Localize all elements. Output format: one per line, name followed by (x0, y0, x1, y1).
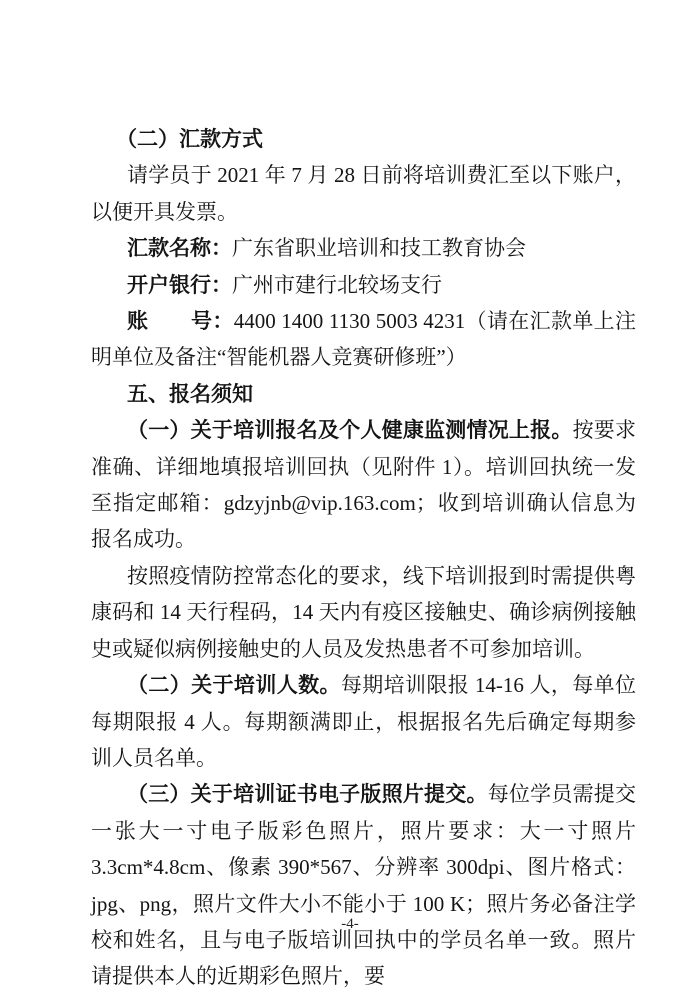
field-payee-name: 汇款名称：广东省职业培训和技工教育协会 (91, 230, 636, 266)
para-item3-photo-submission: （三）关于培训证书电子版照片提交。每位学员需提交一张大一寸电子版彩色照片，照片要… (91, 776, 636, 990)
account-number-label: 账 号： (127, 309, 234, 333)
bank-value: 广州市建行北较场支行 (232, 273, 442, 297)
item1-title: （一）关于培训报名及个人健康监测情况上报。 (127, 418, 573, 442)
document-page: （二）汇款方式 请学员于 2021 年 7 月 28 日前将培训费汇至以下账户，… (0, 0, 700, 990)
payee-name-label: 汇款名称： (127, 236, 232, 260)
item3-title: （三）关于培训证书电子版照片提交。 (127, 782, 488, 806)
item2-title: （二）关于培训人数。 (127, 673, 341, 697)
field-account-number: 账 号：4400 1400 1130 5003 4231（请在汇款单上注明单位及… (91, 303, 636, 376)
para-item2-trainee-quota: （二）关于培训人数。每期培训限报 14-16 人，每单位每期限报 4 人。每期额… (91, 667, 636, 776)
section-heading-registration-notice: 五、报名须知 (91, 376, 636, 412)
document-body: （二）汇款方式 请学员于 2021 年 7 月 28 日前将培训费汇至以下账户，… (91, 121, 636, 990)
item3-body: 每位学员需提交一张大一寸电子版彩色照片，照片要求：大一寸照片 3.3cm*4.8… (91, 782, 636, 988)
bank-label: 开户银行： (127, 273, 232, 297)
para-item1-epidemic-requirements: 按照疫情防控常态化的要求，线下培训报到时需提供粤康码和 14 天行程码，14 天… (91, 558, 636, 667)
para-remittance-intro: 请学员于 2021 年 7 月 28 日前将培训费汇至以下账户，以便开具发票。 (91, 157, 636, 230)
page-number: -4- (0, 916, 700, 933)
section-heading-remittance-method: （二）汇款方式 (91, 121, 636, 157)
field-bank: 开户银行：广州市建行北较场支行 (91, 267, 636, 303)
para-item1-registration-health-report: （一）关于培训报名及个人健康监测情况上报。按要求准确、详细地填报培训回执（见附件… (91, 412, 636, 558)
payee-name-value: 广东省职业培训和技工教育协会 (232, 236, 526, 260)
